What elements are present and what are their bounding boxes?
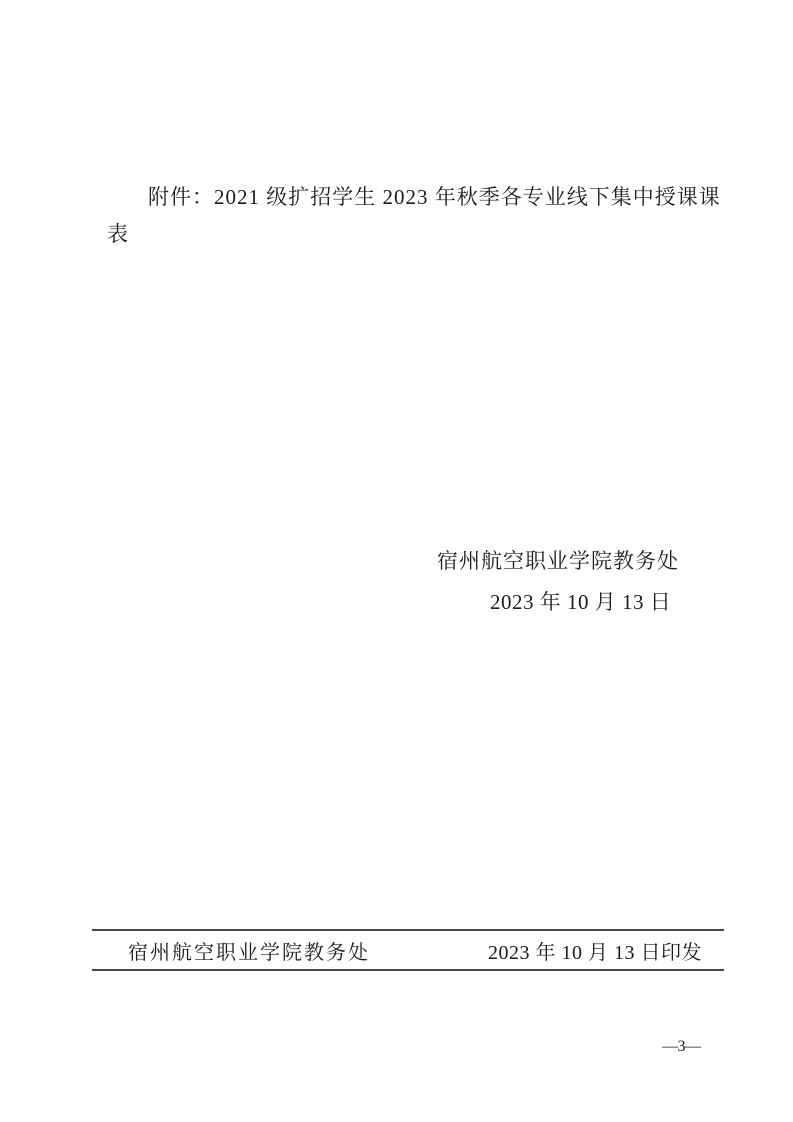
- colophon-top-rule: [92, 929, 724, 931]
- signature-date: 2023 年 10 月 13 日: [490, 586, 671, 616]
- signature-organization: 宿州航空职业学院教务处: [437, 545, 679, 575]
- colophon-print-date: 2023 年 10 月 13 日印发: [488, 936, 702, 965]
- attachment-title-line1: 附件：2021 级扩招学生 2023 年秋季各专业线下集中授课课: [148, 181, 721, 211]
- page-number: —3—: [662, 1038, 701, 1056]
- colophon-issuer: 宿州航空职业学院教务处: [128, 936, 370, 965]
- attachment-title-line2: 表: [107, 218, 128, 248]
- colophon-bottom-rule: [92, 969, 724, 971]
- document-page: 附件：2021 级扩招学生 2023 年秋季各专业线下集中授课课 表 宿州航空职…: [0, 0, 793, 1122]
